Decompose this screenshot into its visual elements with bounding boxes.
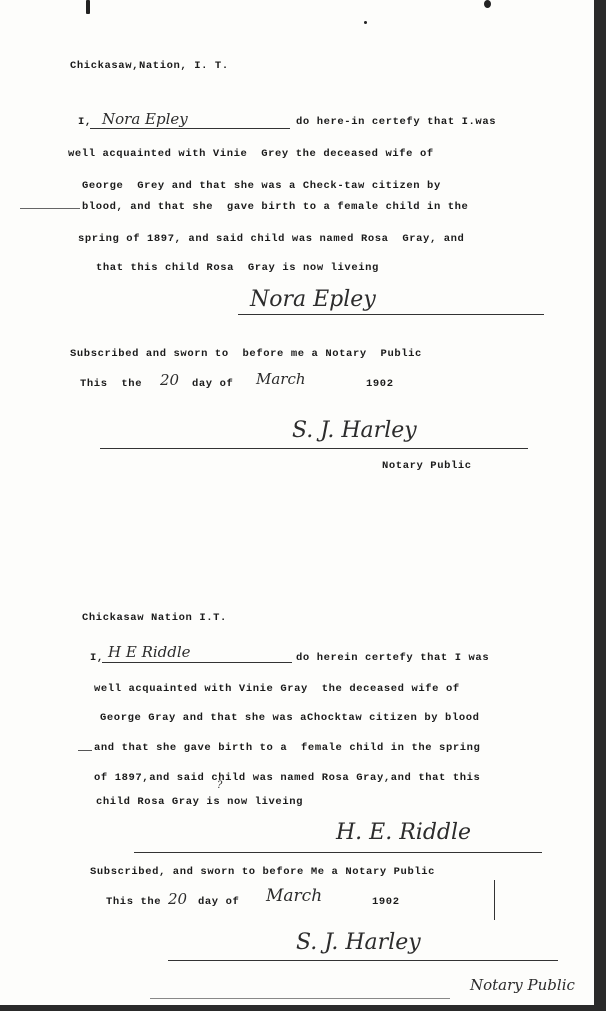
scan-speck — [86, 0, 90, 14]
affidavit-1-line-2: well acquainted with Vinie Grey the dece… — [68, 148, 434, 160]
affidavit-1-line-1-suffix: do here-in certefy that I.was — [296, 116, 496, 128]
affidavit-2-date-day: 20 — [168, 890, 187, 908]
affidavit-1-heading: Chickasaw,Nation, I. T. — [70, 60, 229, 72]
affidavit-1-date-mid: day of — [192, 378, 233, 390]
affiant-1-signature-line — [238, 314, 544, 315]
scan-border-right — [594, 0, 606, 1011]
affidavit-1-date-prefix: This the — [80, 378, 142, 390]
affidavit-2-date-prefix: This the — [106, 896, 161, 908]
affidavit-2-heading: Chickasaw Nation I.T. — [82, 612, 227, 624]
strike-mark — [20, 208, 80, 209]
pen-stroke — [494, 880, 495, 920]
affidavit-2-date-mid: day of — [198, 896, 239, 908]
affiant-2-signature-line — [134, 852, 542, 853]
affidavit-2-date-month: March — [266, 886, 322, 906]
affidavit-1-line-3: George Grey and that she was a Check-taw… — [82, 180, 441, 192]
notary-2-signature-line — [168, 960, 558, 961]
notary-1-title: Notary Public — [382, 460, 472, 472]
affidavit-1-subscribed: Subscribed and sworn to before me a Nota… — [70, 348, 422, 360]
affiant-1-name-handwritten: Nora Epley — [102, 110, 188, 128]
affidavit-1-date-month: March — [256, 370, 306, 388]
notary-1-signature-line — [100, 448, 528, 449]
affidavit-2-date-year: 1902 — [372, 896, 400, 908]
notary-2-signature: S. J. Harley — [296, 930, 421, 955]
affidavit-2-subscribed: Subscribed, and sworn to before Me a Not… — [90, 866, 435, 878]
affidavit-2-line-2: well acquainted with Vinie Gray the dece… — [94, 683, 460, 695]
scan-border-bottom — [0, 1005, 606, 1011]
affidavit-1-line-6: that this child Rosa Gray is now liveing — [96, 262, 379, 274]
affidavit-1-line-1-prefix: I, — [78, 116, 92, 128]
notary-2-title: Notary Public — [470, 976, 575, 994]
affidavit-2-line-4: and that she gave birth to a female chil… — [94, 742, 480, 754]
affiant-1-signature: Nora Epley — [250, 287, 376, 312]
affiant-2-name-handwritten: H E Riddle — [108, 643, 191, 661]
affidavit-1-date-day: 20 — [160, 371, 179, 389]
affidavit-1-line-5: spring of 1897, and said child was named… — [78, 233, 464, 245]
affiant-2-name-underline — [102, 662, 292, 663]
affiant-1-name-underline — [90, 128, 290, 129]
scan-speck — [484, 0, 491, 8]
document-page: Chickasaw,Nation, I. T. I, Nora Epley do… — [0, 0, 594, 1005]
affidavit-2-line-1-suffix: do herein certefy that I was — [296, 652, 489, 664]
page-bottom-line — [150, 998, 450, 999]
scan-speck — [364, 21, 367, 24]
affidavit-2-line-3: George Gray and that she was aChocktaw c… — [100, 712, 480, 724]
affidavit-1-line-4: blood, and that she gave birth to a fema… — [82, 201, 468, 213]
affidavit-2-line-5: of 1897,and said child was named Rosa Gr… — [94, 772, 480, 784]
notary-1-signature: S. J. Harley — [292, 418, 417, 443]
affidavit-2-annotation: ? — [217, 780, 222, 791]
affidavit-1-date-year: 1902 — [366, 378, 394, 390]
affiant-2-signature: H. E. Riddle — [336, 820, 471, 845]
affidavit-2-line-6: child Rosa Gray is now liveing — [96, 796, 303, 808]
strike-mark — [78, 750, 92, 751]
